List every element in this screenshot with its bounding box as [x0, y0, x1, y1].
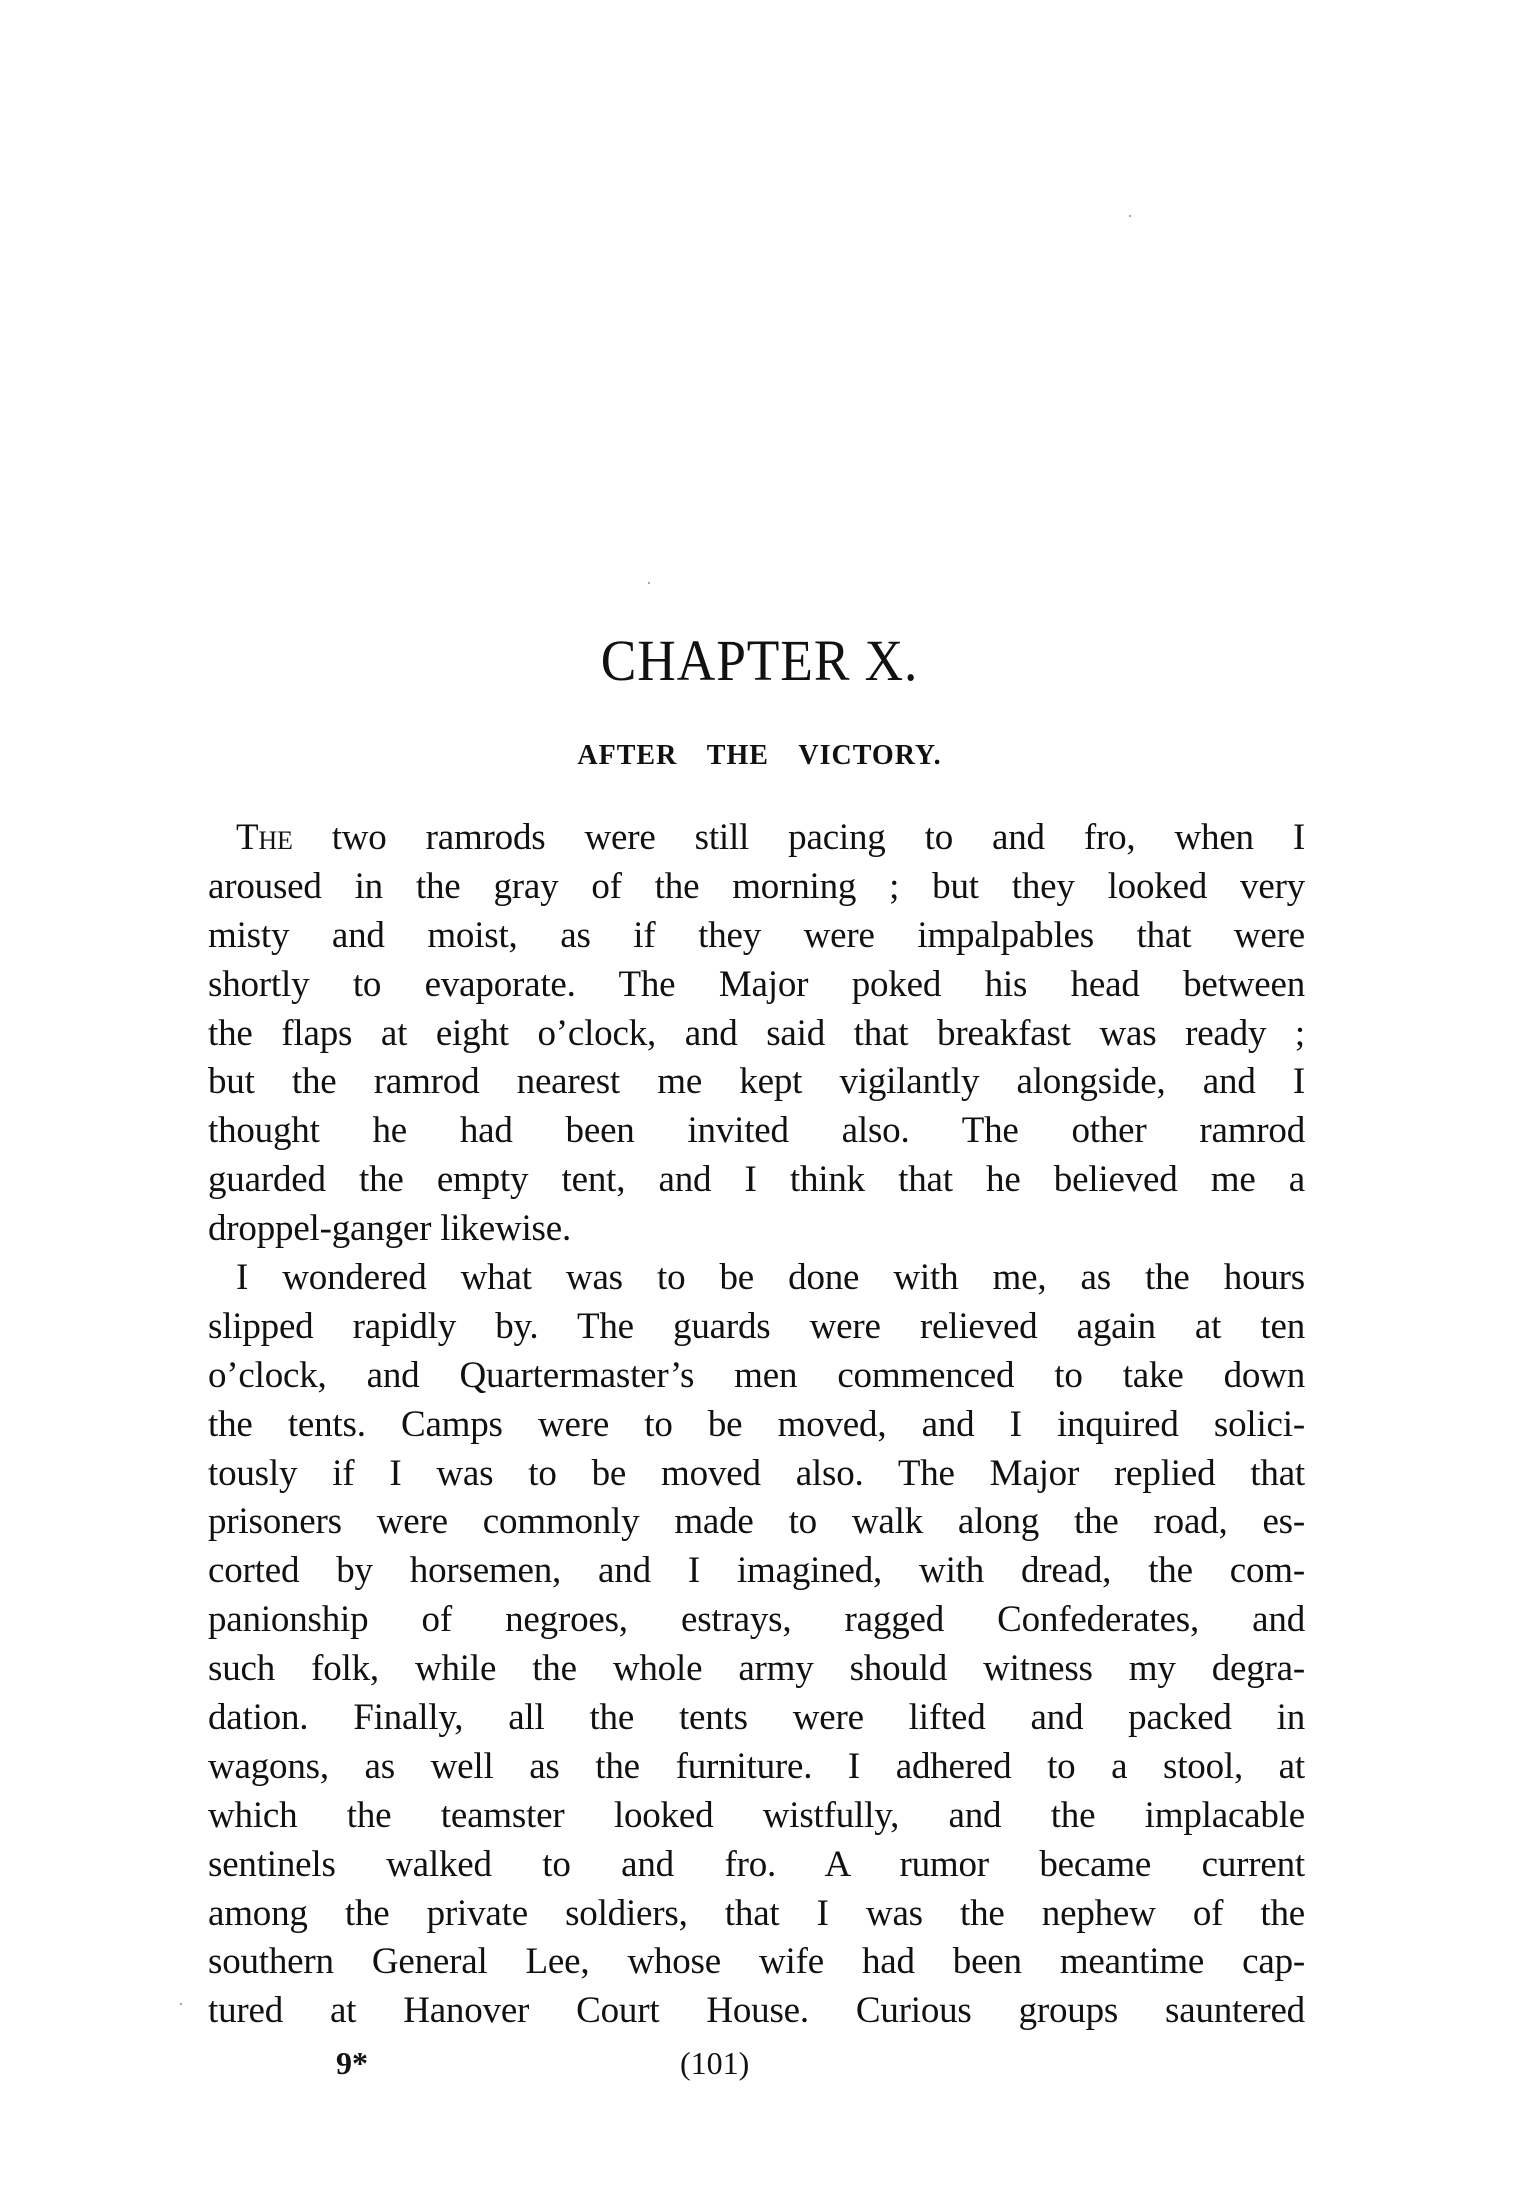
drop-word: The	[236, 817, 293, 858]
text-line: panionship of negroes, estrays, ragged C…	[208, 1596, 1305, 1645]
text-line: wagons, as well as the furniture. I adhe…	[208, 1743, 1305, 1792]
text-line: prisoners were commonly made to walk alo…	[208, 1498, 1305, 1547]
body-text: The two ramrods were still pacing to and…	[208, 814, 1305, 2036]
text-line: the flaps at eight o’clock, and said tha…	[208, 1010, 1305, 1059]
text-line-content: two ramrods were still pacing to and fro…	[293, 817, 1305, 858]
text-line: I wondered what was to be done with me, …	[208, 1254, 1305, 1303]
chapter-subtitle: AFTER THE VICTORY.	[0, 739, 1519, 773]
text-line: guarded the empty tent, and I think that…	[208, 1156, 1305, 1205]
text-line: southern General Lee, whose wife had bee…	[208, 1938, 1305, 1987]
text-line: which the teamster looked wistfully, and…	[208, 1792, 1305, 1841]
text-line: tured at Hanover Court House. Curious gr…	[208, 1987, 1305, 2036]
text-line: such folk, while the whole army should w…	[208, 1645, 1305, 1694]
text-line: aroused in the gray of the morning ; but…	[208, 863, 1305, 912]
scan-speck	[180, 2003, 182, 2005]
text-line: slipped rapidly by. The guards were reli…	[208, 1303, 1305, 1352]
page-number: (101)	[680, 2038, 749, 2088]
text-line: o’clock, and Quartermaster’s men commenc…	[208, 1352, 1305, 1401]
text-line: dation. Finally, all the tents were lift…	[208, 1694, 1305, 1743]
signature-mark: 9*	[336, 2038, 368, 2088]
scan-speck	[648, 582, 650, 584]
text-line: but the ramrod nearest me kept vigilantl…	[208, 1058, 1305, 1107]
text-line: shortly to evaporate. The Major poked hi…	[208, 961, 1305, 1010]
chapter-title: CHAPTER X.	[61, 629, 1458, 693]
text-line: the tents. Camps were to be moved, and I…	[208, 1401, 1305, 1450]
text-line: misty and moist, as if they were impalpa…	[208, 912, 1305, 961]
text-line: The two ramrods were still pacing to and…	[208, 814, 1305, 863]
scan-speck	[1129, 215, 1131, 217]
page-footer: 9* (101)	[0, 2038, 1519, 2088]
text-line: thought he had been invited also. The ot…	[208, 1107, 1305, 1156]
text-line: droppel-ganger likewise.	[208, 1205, 1305, 1254]
text-line: sentinels walked to and fro. A rumor bec…	[208, 1841, 1305, 1890]
text-line: corted by horsemen, and I imagined, with…	[208, 1547, 1305, 1596]
book-page: CHAPTER X. AFTER THE VICTORY. The two ra…	[0, 0, 1519, 2186]
text-line: among the private soldiers, that I was t…	[208, 1890, 1305, 1939]
text-line: tously if I was to be moved also. The Ma…	[208, 1450, 1305, 1499]
